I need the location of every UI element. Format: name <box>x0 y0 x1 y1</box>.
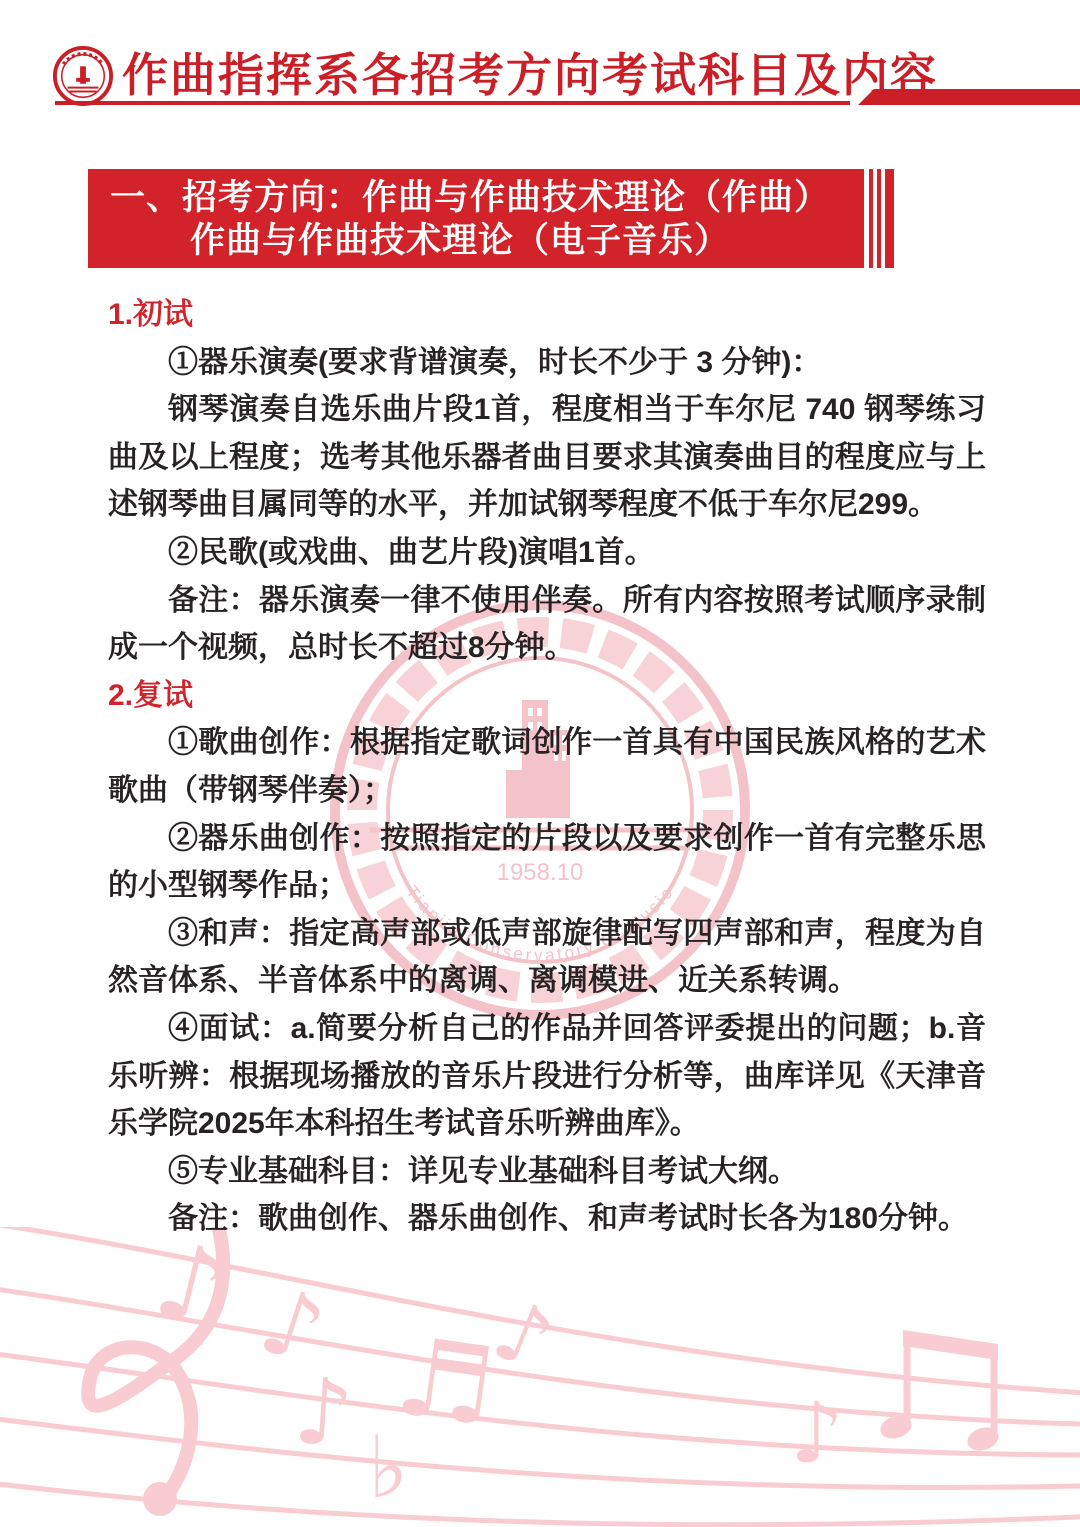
paragraph: ⑤专业基础科目：详见专业基础科目考试大纲。 <box>108 1148 986 1196</box>
note-icon: ♪ <box>290 1357 356 1468</box>
music-staff-decoration: ♪ ♪ ♪ ♬ ♪ ♭ ♪ ♪ <box>0 1227 1080 1527</box>
note-icon: ♪ <box>790 1384 844 1482</box>
beamed-pair-icon <box>877 1330 1001 1454</box>
banner-line-2: 作曲与作曲技术理论（电子音乐） <box>190 219 864 262</box>
banner-stripes <box>869 169 894 268</box>
section-heading: 1.初试 <box>108 291 986 339</box>
exam-section: 2.复试①歌曲创作：根据指定歌词创作一首具有中国民族风格的艺术歌曲（带钢琴伴奏）… <box>108 672 986 1243</box>
direction-banner: 一、招考方向：作曲与作曲技术理论（作曲） 作曲与作曲技术理论（电子音乐） <box>88 169 864 268</box>
paragraph: 备注：器乐演奏一律不使用伴奏。所有内容按照考试顺序录制成一个视频，总时长不超过8… <box>108 577 986 672</box>
paragraph: ④面试：a.简要分析自己的作品并回答评委提出的问题；b.音乐听辨：根据现场播放的… <box>108 1005 986 1148</box>
paragraph: 钢琴演奏自选乐曲片段1首，程度相当于车尔尼 740 钢琴练习曲及以上程度；选考其… <box>108 386 986 529</box>
banner-line-1: 一、招考方向：作曲与作曲技术理论（作曲） <box>110 176 864 219</box>
conservatory-logo-icon <box>52 45 114 107</box>
paragraph: ①器乐演奏(要求背谱演奏，时长不少于 3 分钟)： <box>108 339 986 387</box>
paragraph: ②器乐曲创作：按照指定的片段以及要求创作一首有完整乐思的小型钢琴作品； <box>108 815 986 910</box>
document-page: 作曲指挥系各招考方向考试科目及内容 一、招考方向：作曲与作曲技术理论（作曲） 作… <box>0 0 1080 1527</box>
exam-content: 1.初试①器乐演奏(要求背谱演奏，时长不少于 3 分钟)：钢琴演奏自选乐曲片段1… <box>108 291 986 1243</box>
music-notes-group: ♪ ♪ ♪ ♬ ♪ ♭ ♪ ♪ <box>144 1227 1080 1518</box>
page-title: 作曲指挥系各招考方向考试科目及内容 <box>122 45 938 107</box>
paragraph: ②民歌(或戏曲、曲艺片段)演唱1首。 <box>108 529 986 577</box>
section-heading: 2.复试 <box>108 672 986 720</box>
page-header: 作曲指挥系各招考方向考试科目及内容 <box>52 44 938 108</box>
paragraph: 备注：歌曲创作、器乐曲创作、和声考试时长各为180分钟。 <box>108 1195 986 1243</box>
note-icon: ♪ <box>144 1227 239 1352</box>
paragraph: ①歌曲创作：根据指定歌词创作一首具有中国民族风格的艺术歌曲（带钢琴伴奏）； <box>108 719 986 814</box>
flat-icon: ♭ <box>368 1418 409 1518</box>
exam-section: 1.初试①器乐演奏(要求背谱演奏，时长不少于 3 分钟)：钢琴演奏自选乐曲片段1… <box>108 291 986 672</box>
paragraph: ③和声：指定高声部或低声部旋律配写四声部和声，程度为自然音体系、半音体系中的离调… <box>108 910 986 1005</box>
